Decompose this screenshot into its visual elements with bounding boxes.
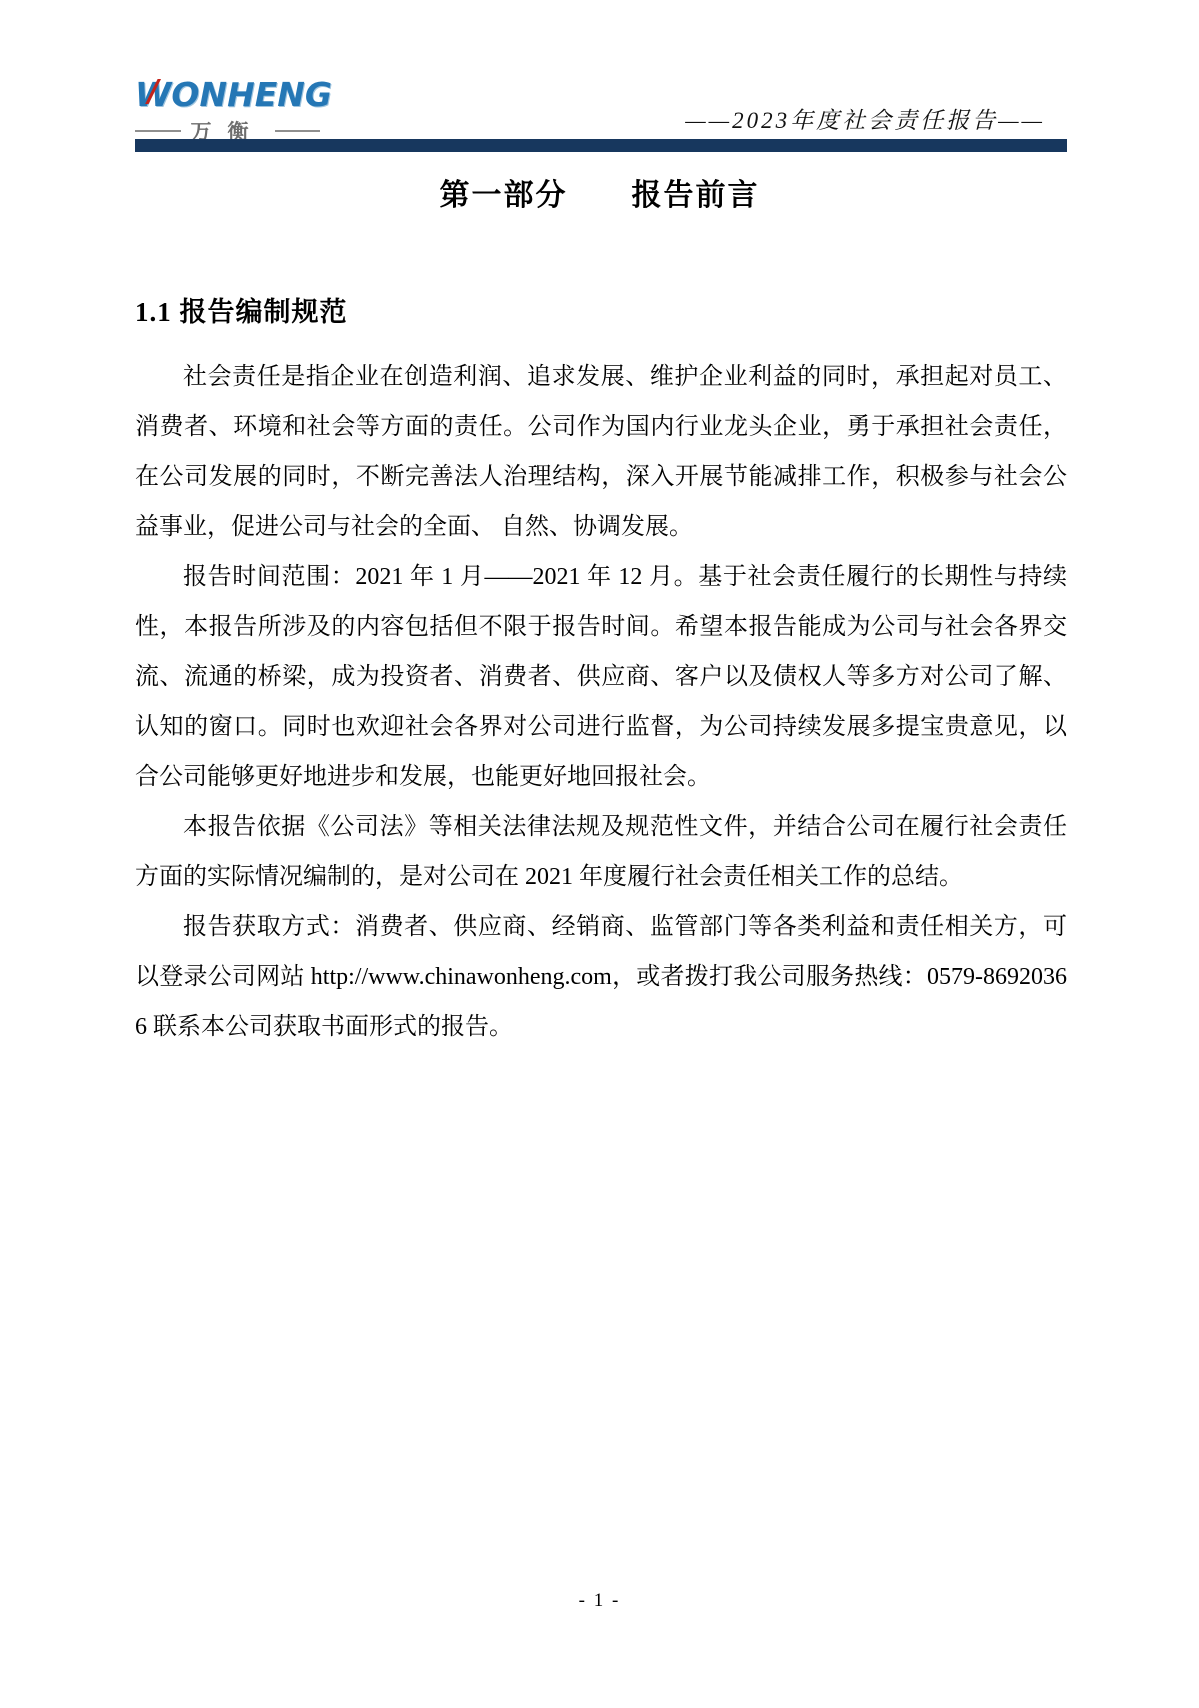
section-heading: 1.1 报告编制规范	[135, 290, 348, 329]
logo-wordmark: WONHENG /	[135, 78, 325, 112]
paragraph: 本报告依据《公司法》等相关法律法规及规范性文件，并结合公司在履行社会责任方面的实…	[135, 802, 1067, 902]
page-footer: - 1 -	[0, 1590, 1199, 1612]
logo-rule-left	[135, 130, 181, 132]
paragraph: 社会责任是指企业在创造利润、追求发展、维护企业利益的同时，承担起对员工、消费者、…	[135, 352, 1067, 552]
page-number: - 1 -	[579, 1590, 621, 1611]
paragraph: 报告获取方式：消费者、供应商、经销商、监管部门等各类利益和责任相关方，可以登录公…	[135, 902, 1067, 1052]
company-logo: WONHENG / 万衡	[135, 78, 325, 146]
logo-brand-text: WONHENG	[135, 75, 332, 114]
header-report-label: ——2023年度社会责任报告——	[685, 102, 1045, 135]
body-paragraphs: 社会责任是指企业在创造利润、追求发展、维护企业利益的同时，承担起对员工、消费者、…	[135, 352, 1067, 1052]
report-page: WONHENG / 万衡 ——2023年度社会责任报告—— 第一部分 报告前言 …	[0, 0, 1199, 1708]
logo-rule-right	[275, 130, 321, 132]
logo-slash-icon: /	[148, 75, 159, 109]
paragraph: 报告时间范围：2021 年 1 月——2021 年 12 月。基于社会责任履行的…	[135, 552, 1067, 802]
page-title: 第一部分 报告前言	[0, 170, 1199, 214]
header-divider-bar	[135, 139, 1067, 152]
